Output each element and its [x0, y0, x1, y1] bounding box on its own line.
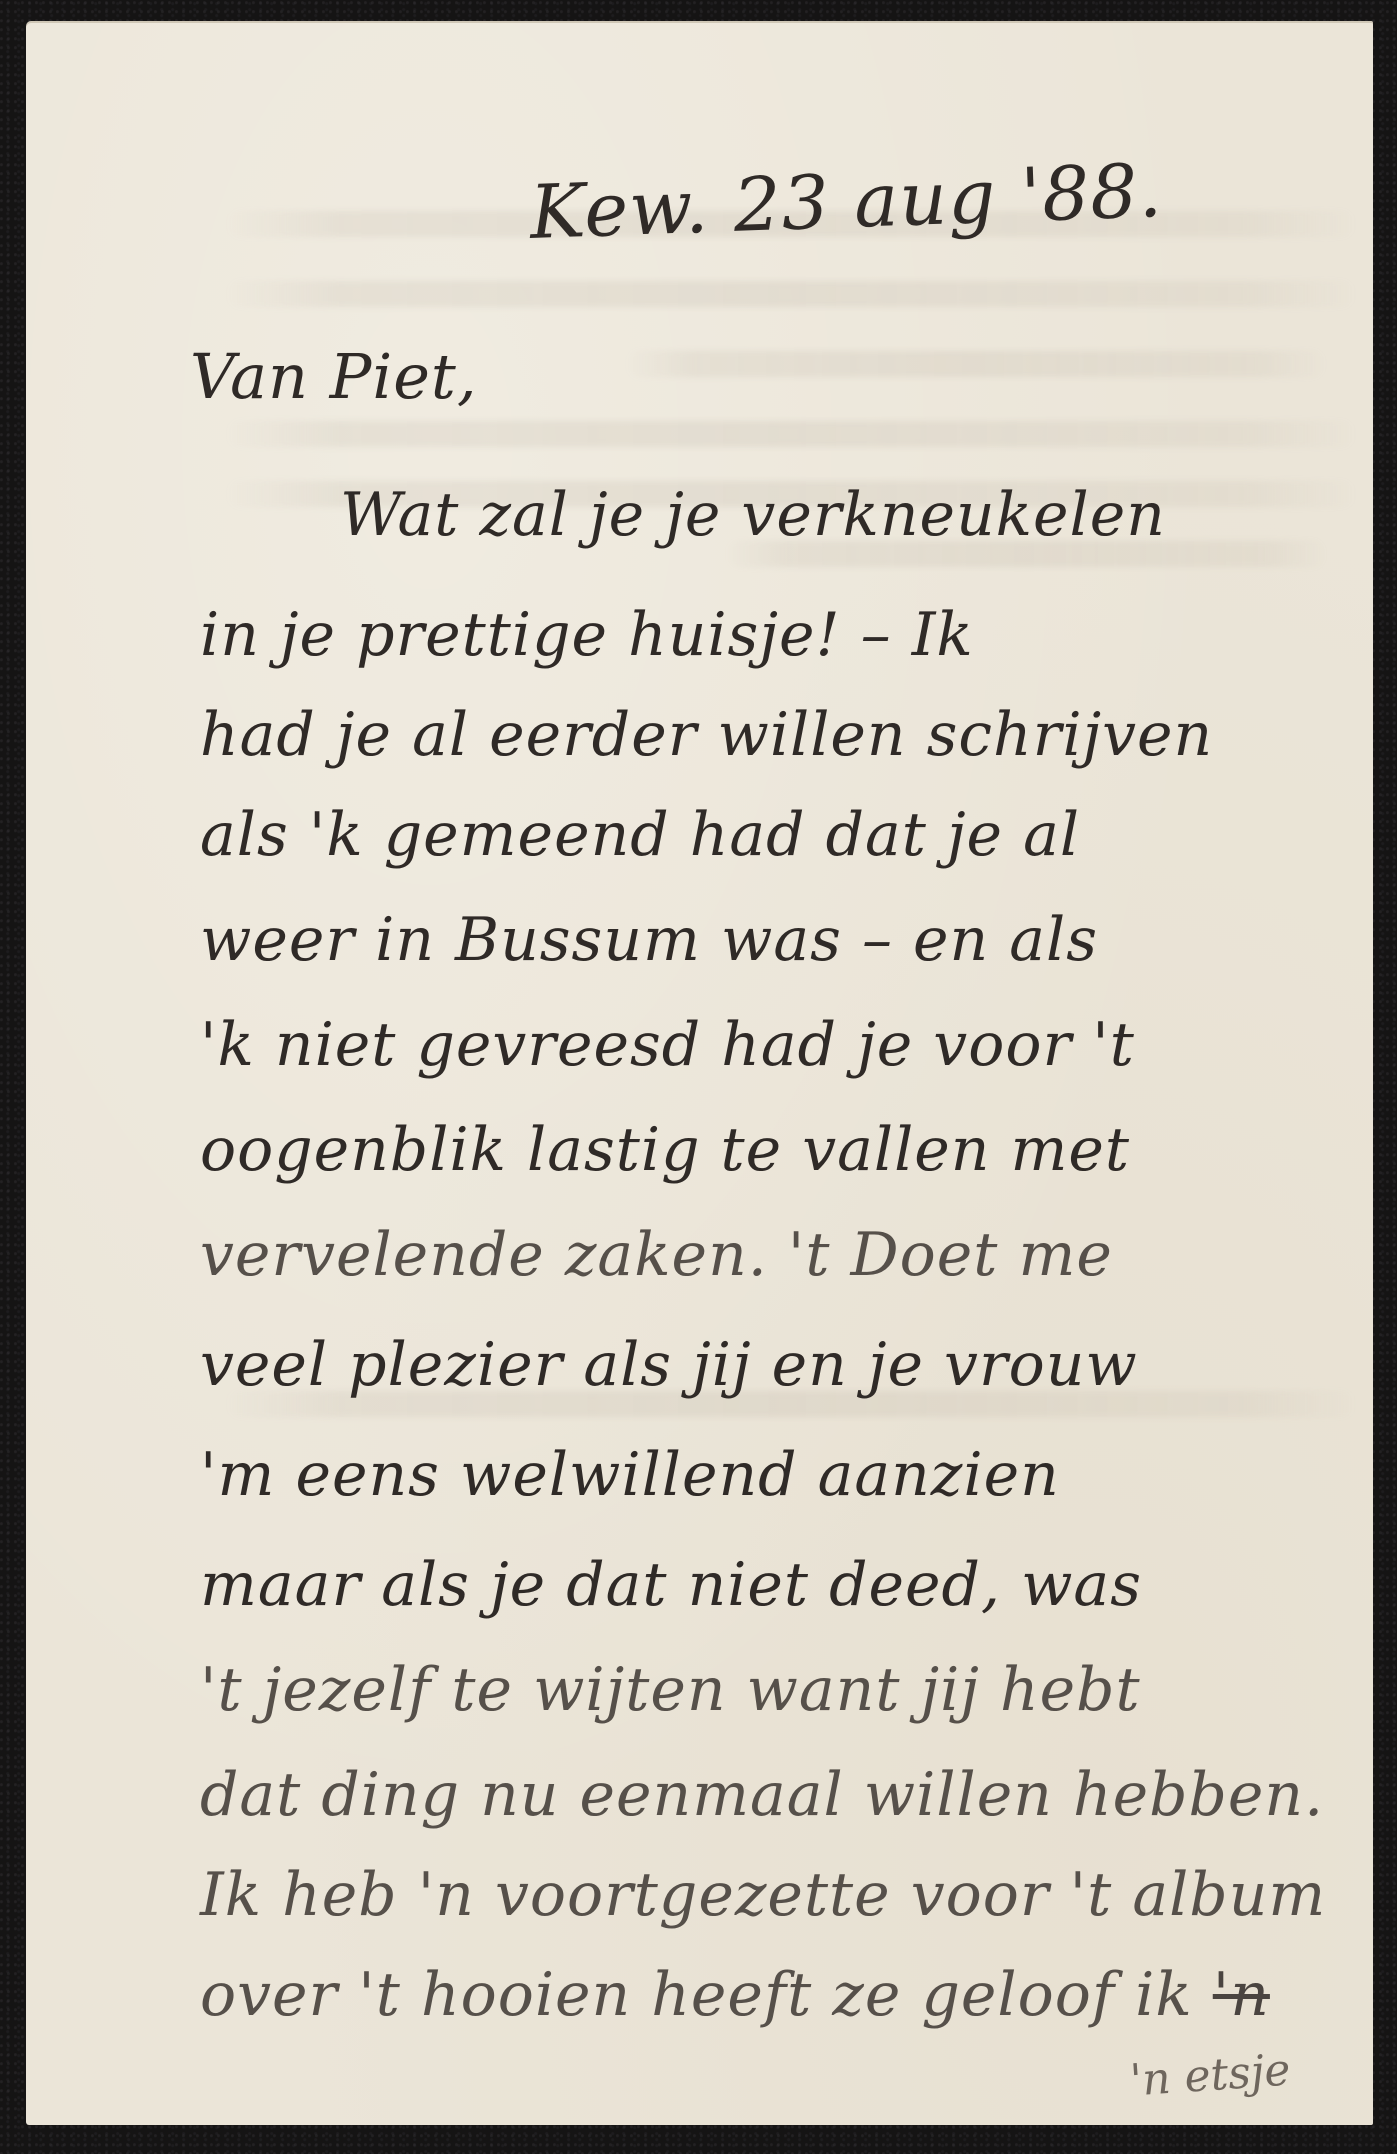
- letter-line: 't jezelf te wijten want jij hebt: [200, 1655, 1141, 1725]
- letter-line: 'm eens welwillend aanzien: [200, 1440, 1060, 1510]
- letter-line: had je al eerder willen schrijven: [200, 700, 1213, 770]
- letter-line: in je prettige huisje! – Ik: [200, 600, 974, 670]
- letter-salutation: Van Piet,: [190, 340, 478, 413]
- letter-line: weer in Bussum was – en als: [200, 905, 1098, 975]
- letter-line: dat ding nu eenmaal willen hebben.: [200, 1760, 1324, 1830]
- letter-line: Ik heb 'n voortgezette voor 't album: [200, 1860, 1326, 1930]
- letter-line-text: over 't hooien heeft ze geloof ik: [200, 1960, 1193, 2030]
- bleed-through-mark: [626, 351, 1326, 377]
- letter-line: als 'k gemeend had dat je al: [200, 800, 1080, 870]
- bleed-through-mark: [226, 281, 1356, 307]
- letter-line: maar als je dat niet deed, was: [200, 1550, 1142, 1620]
- letter-line: veel plezier als jij en je vrouw: [200, 1330, 1138, 1400]
- letter-line: vervelende zaken. 't Doet me: [200, 1220, 1113, 1290]
- letter-line: over 't hooien heeft ze geloof ik 'n: [200, 1960, 1270, 2030]
- letter-line: 'k niet gevreesd had je voor 't: [200, 1010, 1135, 1080]
- letter-line: Wat zal je je verkneukelen: [340, 480, 1166, 550]
- letter-line: oogenblik lastig te vallen met: [200, 1115, 1130, 1185]
- struck-out-word: 'n: [1213, 1960, 1270, 2030]
- bleed-through-mark: [226, 421, 1356, 447]
